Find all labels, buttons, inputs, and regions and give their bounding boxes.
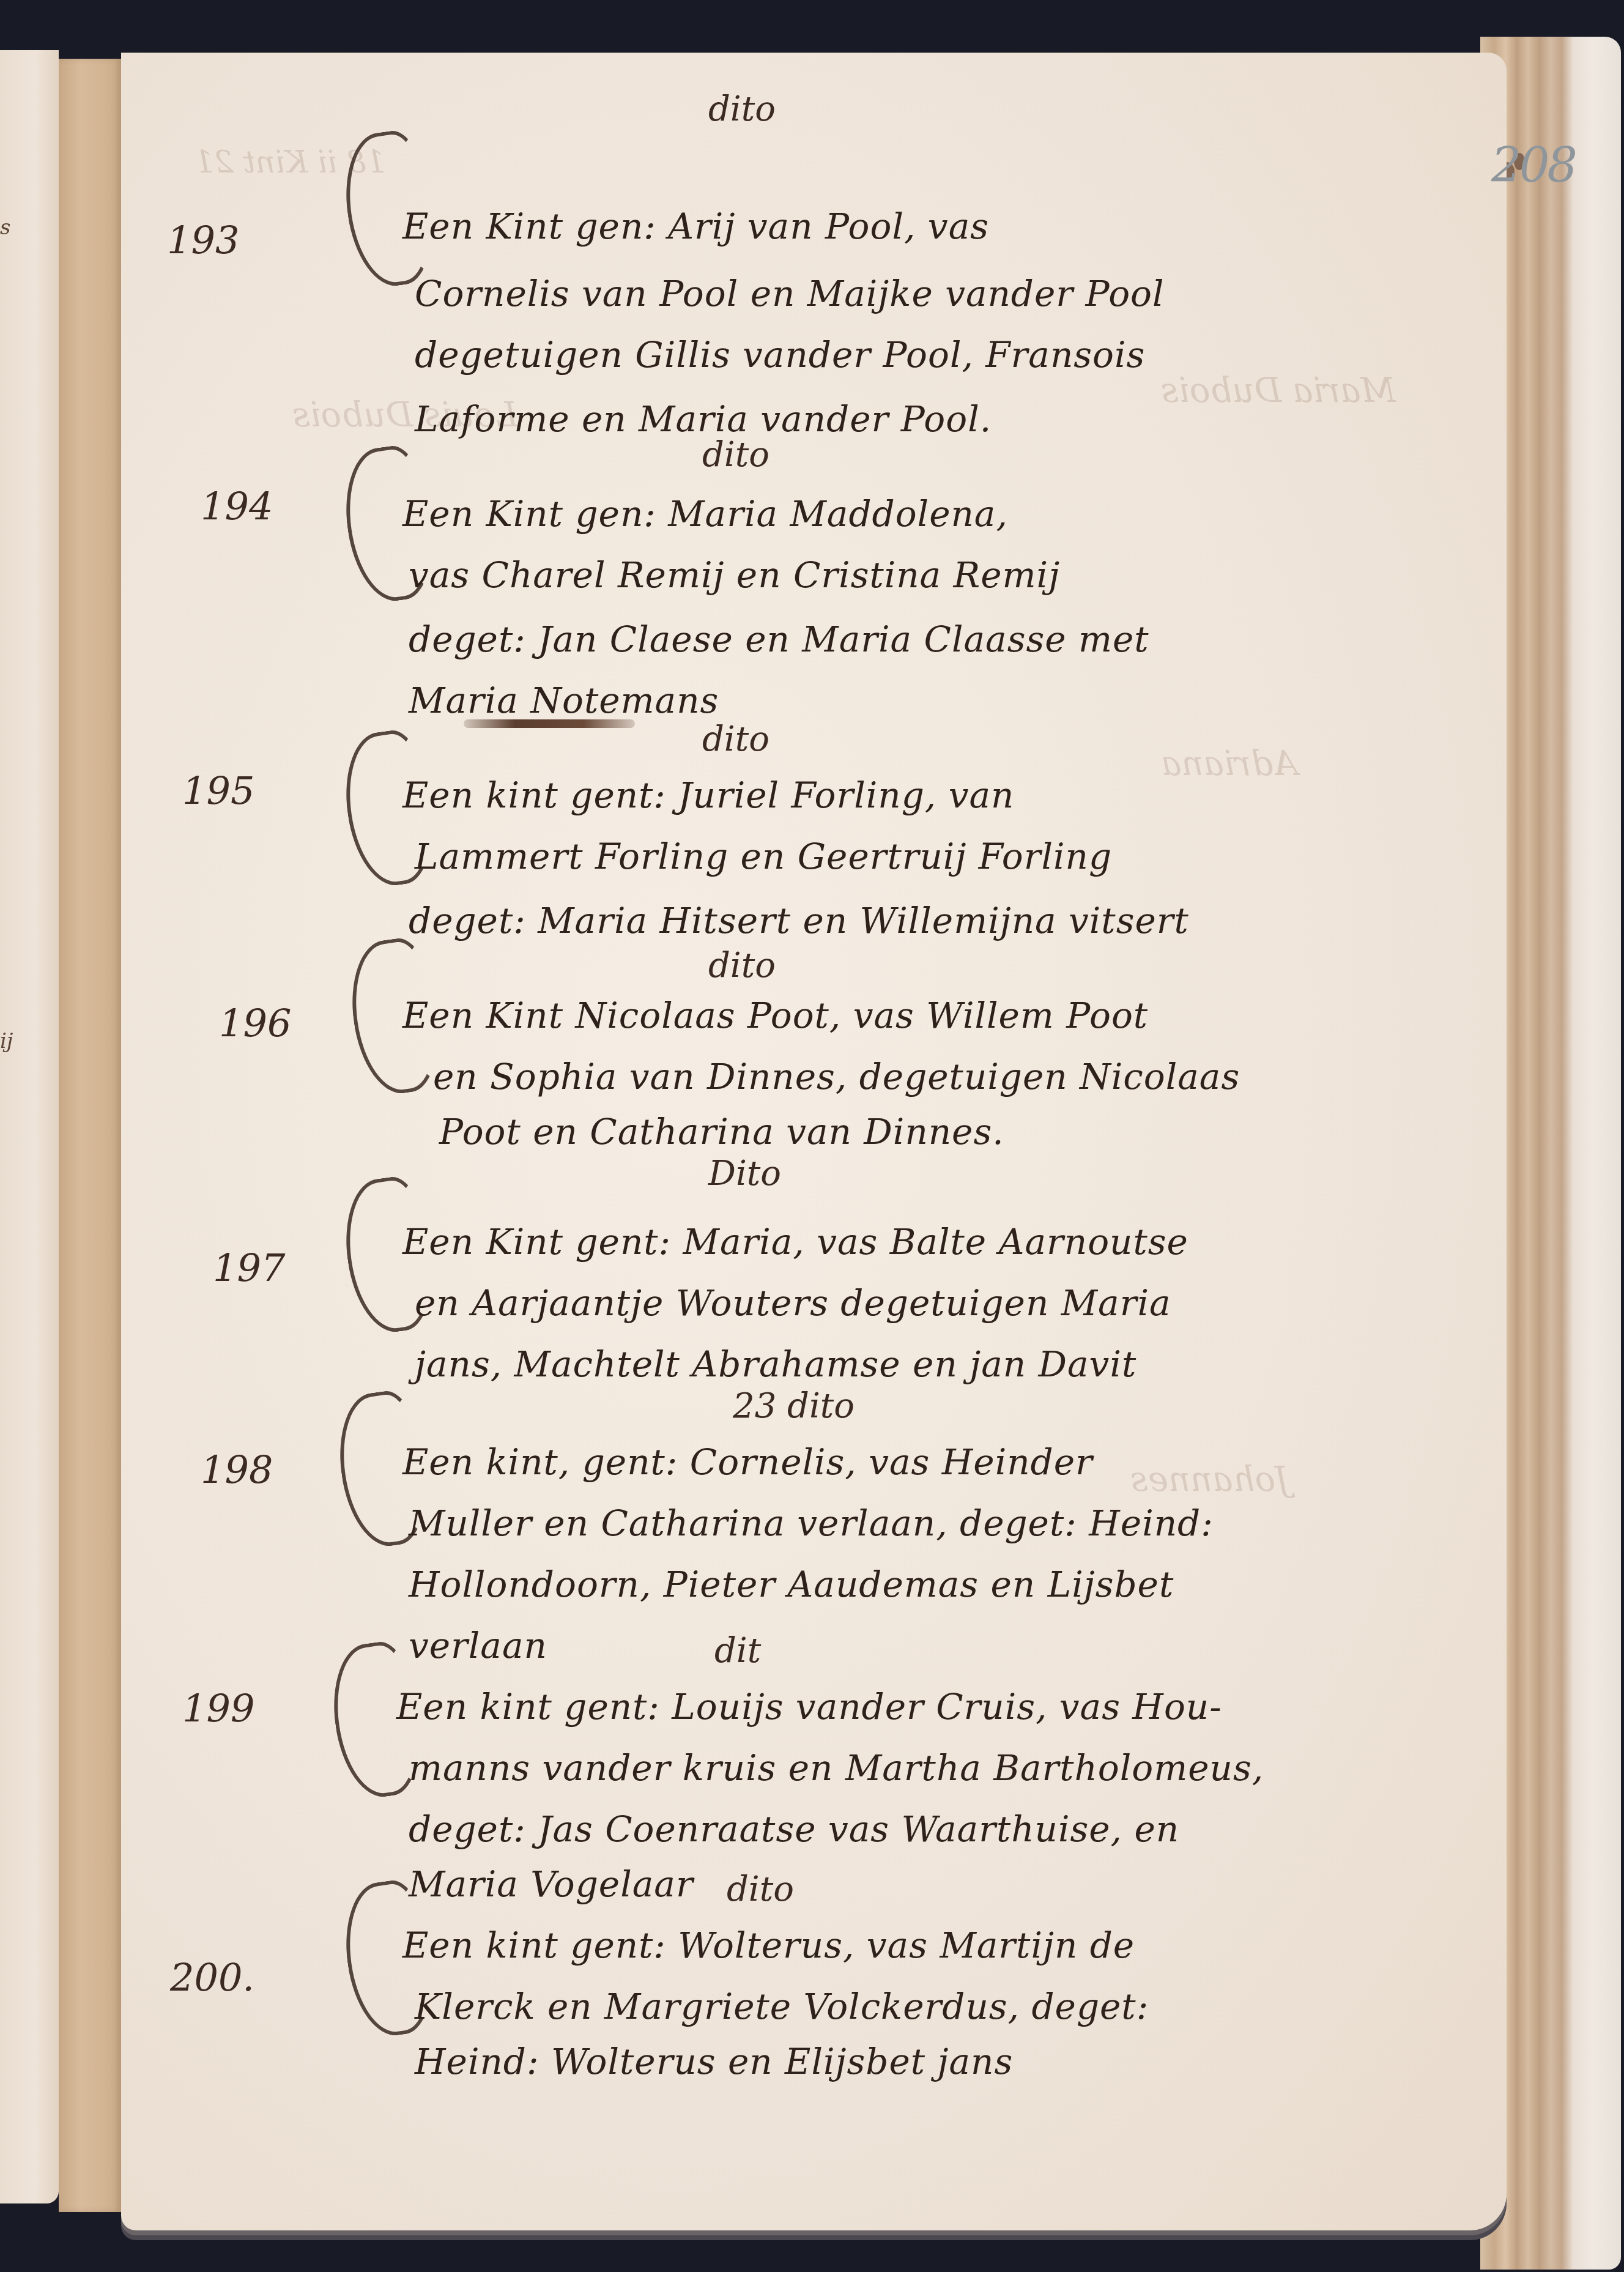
entry-line: Poot en Catharina van Dinnes. — [439, 1111, 1004, 1153]
entry-line: Maria Notemans — [409, 680, 719, 721]
entry-number: 197 — [213, 1246, 285, 1290]
entry-line: Een Kint Nicolaas Poot, vas Willem Poot — [402, 995, 1148, 1036]
entry-line: Klerck en Margriete Volckerdus, deget: — [415, 1986, 1149, 2027]
entry-line: deget: Maria Hitsert en Willemijna vitse… — [409, 900, 1189, 941]
entry-number: 194 — [201, 484, 273, 529]
entry-line: en Sophia van Dinnes, degetuigen Nicolaa… — [433, 1056, 1240, 1097]
show-through-text: Adriana — [1161, 744, 1298, 784]
entry-date: dit — [714, 1631, 761, 1671]
entry-line: Een Kint gent: Maria, vas Balte Aarnouts… — [402, 1221, 1188, 1263]
entry-line: degetuigen Gillis vander Pool, Fransois — [415, 334, 1145, 376]
entry-line: Een kint gent: Juriel Forling, van — [402, 774, 1014, 816]
entry-date: 23 dito — [733, 1386, 855, 1426]
show-through-text: Johannes — [1130, 1460, 1289, 1499]
show-through-text: Maria Dubois — [1161, 371, 1396, 410]
entry-date: dito — [702, 719, 769, 759]
binding-gutter — [59, 59, 121, 2212]
entry-line: deget: Jas Coenraatse vas Waarthuise, en — [409, 1808, 1179, 1850]
entry-line: Laforme en Maria vander Pool. — [415, 398, 992, 440]
entry-number: 196 — [219, 1001, 291, 1045]
folio-number: 208 — [1491, 138, 1575, 193]
entry-line: vas Charel Remij en Cristina Remij — [409, 554, 1060, 596]
entry-line: jans, Machtelt Abrahamse en jan Davit — [415, 1343, 1136, 1385]
entry-line: Muller en Catharina verlaan, deget: Hein… — [409, 1502, 1214, 1544]
entry-line: deget: Jan Claese en Maria Claasse met — [409, 618, 1149, 660]
entry-line: Hollondoorn, Pieter Aaudemas en Lijsbet — [409, 1564, 1174, 1605]
entry-number: 198 — [201, 1447, 273, 1492]
entry-date: dito — [727, 1869, 794, 1909]
left-facing-page: s ij — [0, 50, 59, 2203]
manuscript-page: 18 ii Kint 21 Louis Dubois Maria Dubois … — [121, 53, 1507, 2230]
entry-line: Een Kint gen: Arij van Pool, vas — [402, 206, 989, 247]
entry-line: Cornelis van Pool en Maijke vander Pool — [415, 273, 1165, 314]
entry-line: Maria Vogelaar — [409, 1863, 694, 1905]
entry-date: dito — [702, 435, 769, 475]
entry-line: verlaan — [409, 1625, 547, 1666]
entry-line: Een kint gent: Louijs vander Cruis, vas … — [396, 1686, 1222, 1728]
entry-number: 200. — [170, 1955, 254, 2000]
entry-line: manns vander kruis en Martha Bartholomeu… — [409, 1747, 1264, 1789]
entry-line: en Aarjaantje Wouters degetuigen Maria — [415, 1282, 1171, 1324]
entry-number: 193 — [167, 218, 239, 262]
entry-number: 199 — [182, 1686, 254, 1731]
entry-date: dito — [708, 89, 776, 129]
entry-line: Lammert Forling en Geertruij Forling — [415, 836, 1112, 877]
entry-line: Een kint gent: Wolterus, vas Martijn de — [402, 1925, 1135, 1966]
entry-number: 195 — [182, 768, 254, 813]
left-page-mark: ij — [0, 1029, 15, 1047]
entry-date: dito — [708, 946, 776, 986]
entry-date: Dito — [708, 1154, 781, 1194]
entry-line: Heind: Wolterus en Elijsbet jans — [415, 2041, 1013, 2082]
left-page-mark: s — [0, 215, 15, 234]
entry-line: Een Kint gen: Maria Maddolena, — [402, 493, 1008, 535]
entry-line: Een kint, gent: Cornelis, vas Heinder — [402, 1441, 1093, 1483]
separator-stroke — [464, 719, 635, 728]
